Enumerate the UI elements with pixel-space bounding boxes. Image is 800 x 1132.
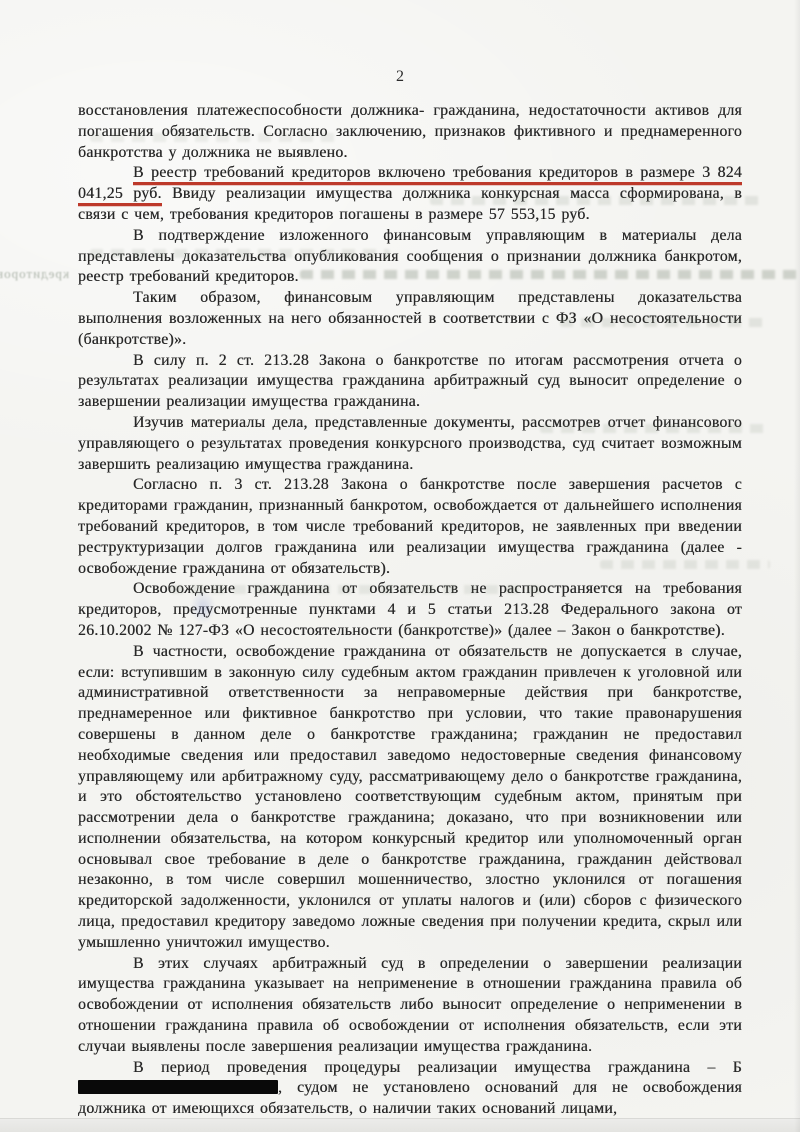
page-number: 2 bbox=[0, 68, 800, 86]
paragraph-text: В период проведения процедуры реализации… bbox=[133, 1059, 742, 1076]
paragraph-text: В этих случаях арбитражный суд в определ… bbox=[78, 955, 742, 1055]
bleedthrough-text-fragment: кредиторов bbox=[0, 266, 69, 282]
paragraph: В реестр требований кредиторов включено … bbox=[78, 163, 742, 225]
paragraph-text: Освобождение гражданина от обязательств … bbox=[78, 580, 742, 639]
paragraph-text: Таким образом, финансовым управляющим пр… bbox=[78, 289, 742, 348]
scan-edge bbox=[794, 0, 800, 1132]
redaction-box bbox=[78, 1080, 278, 1094]
paragraph-text: восстановления платежеспособности должни… bbox=[78, 102, 742, 161]
paragraph-text: В силу п. 2 ст. 213.28 Закона о банкротс… bbox=[78, 352, 742, 411]
paragraph-text: Ввиду реализации имущества должника конк… bbox=[78, 185, 742, 223]
paragraph: В частности, освобождение гражданина от … bbox=[78, 642, 742, 954]
paragraph: восстановления платежеспособности должни… bbox=[78, 101, 742, 163]
paragraph: В этих случаях арбитражный суд в определ… bbox=[78, 954, 742, 1058]
paragraph-text: Согласно п. 3 ст. 213.28 Закона о банкро… bbox=[78, 476, 742, 576]
scan-edge bbox=[0, 1118, 800, 1132]
paragraph: В силу п. 2 ст. 213.28 Закона о банкротс… bbox=[78, 351, 742, 413]
paragraph-text: Изучив материалы дела, представленные до… bbox=[78, 414, 742, 473]
paragraph-with-redaction: В период проведения процедуры реализации… bbox=[78, 1058, 742, 1120]
paragraph: Согласно п. 3 ст. 213.28 Закона о банкро… bbox=[78, 475, 742, 579]
paragraph-text: В частности, освобождение гражданина от … bbox=[78, 643, 742, 951]
paragraph: Таким образом, финансовым управляющим пр… bbox=[78, 288, 742, 350]
paragraph-text: В подтверждение изложенного финансовым у… bbox=[78, 227, 742, 286]
paragraph: Изучив материалы дела, представленные до… bbox=[78, 413, 742, 475]
document-body: восстановления платежеспособности должни… bbox=[78, 101, 742, 1120]
paragraph: Освобождение гражданина от обязательств … bbox=[78, 579, 742, 641]
paragraph: В подтверждение изложенного финансовым у… bbox=[78, 226, 742, 288]
